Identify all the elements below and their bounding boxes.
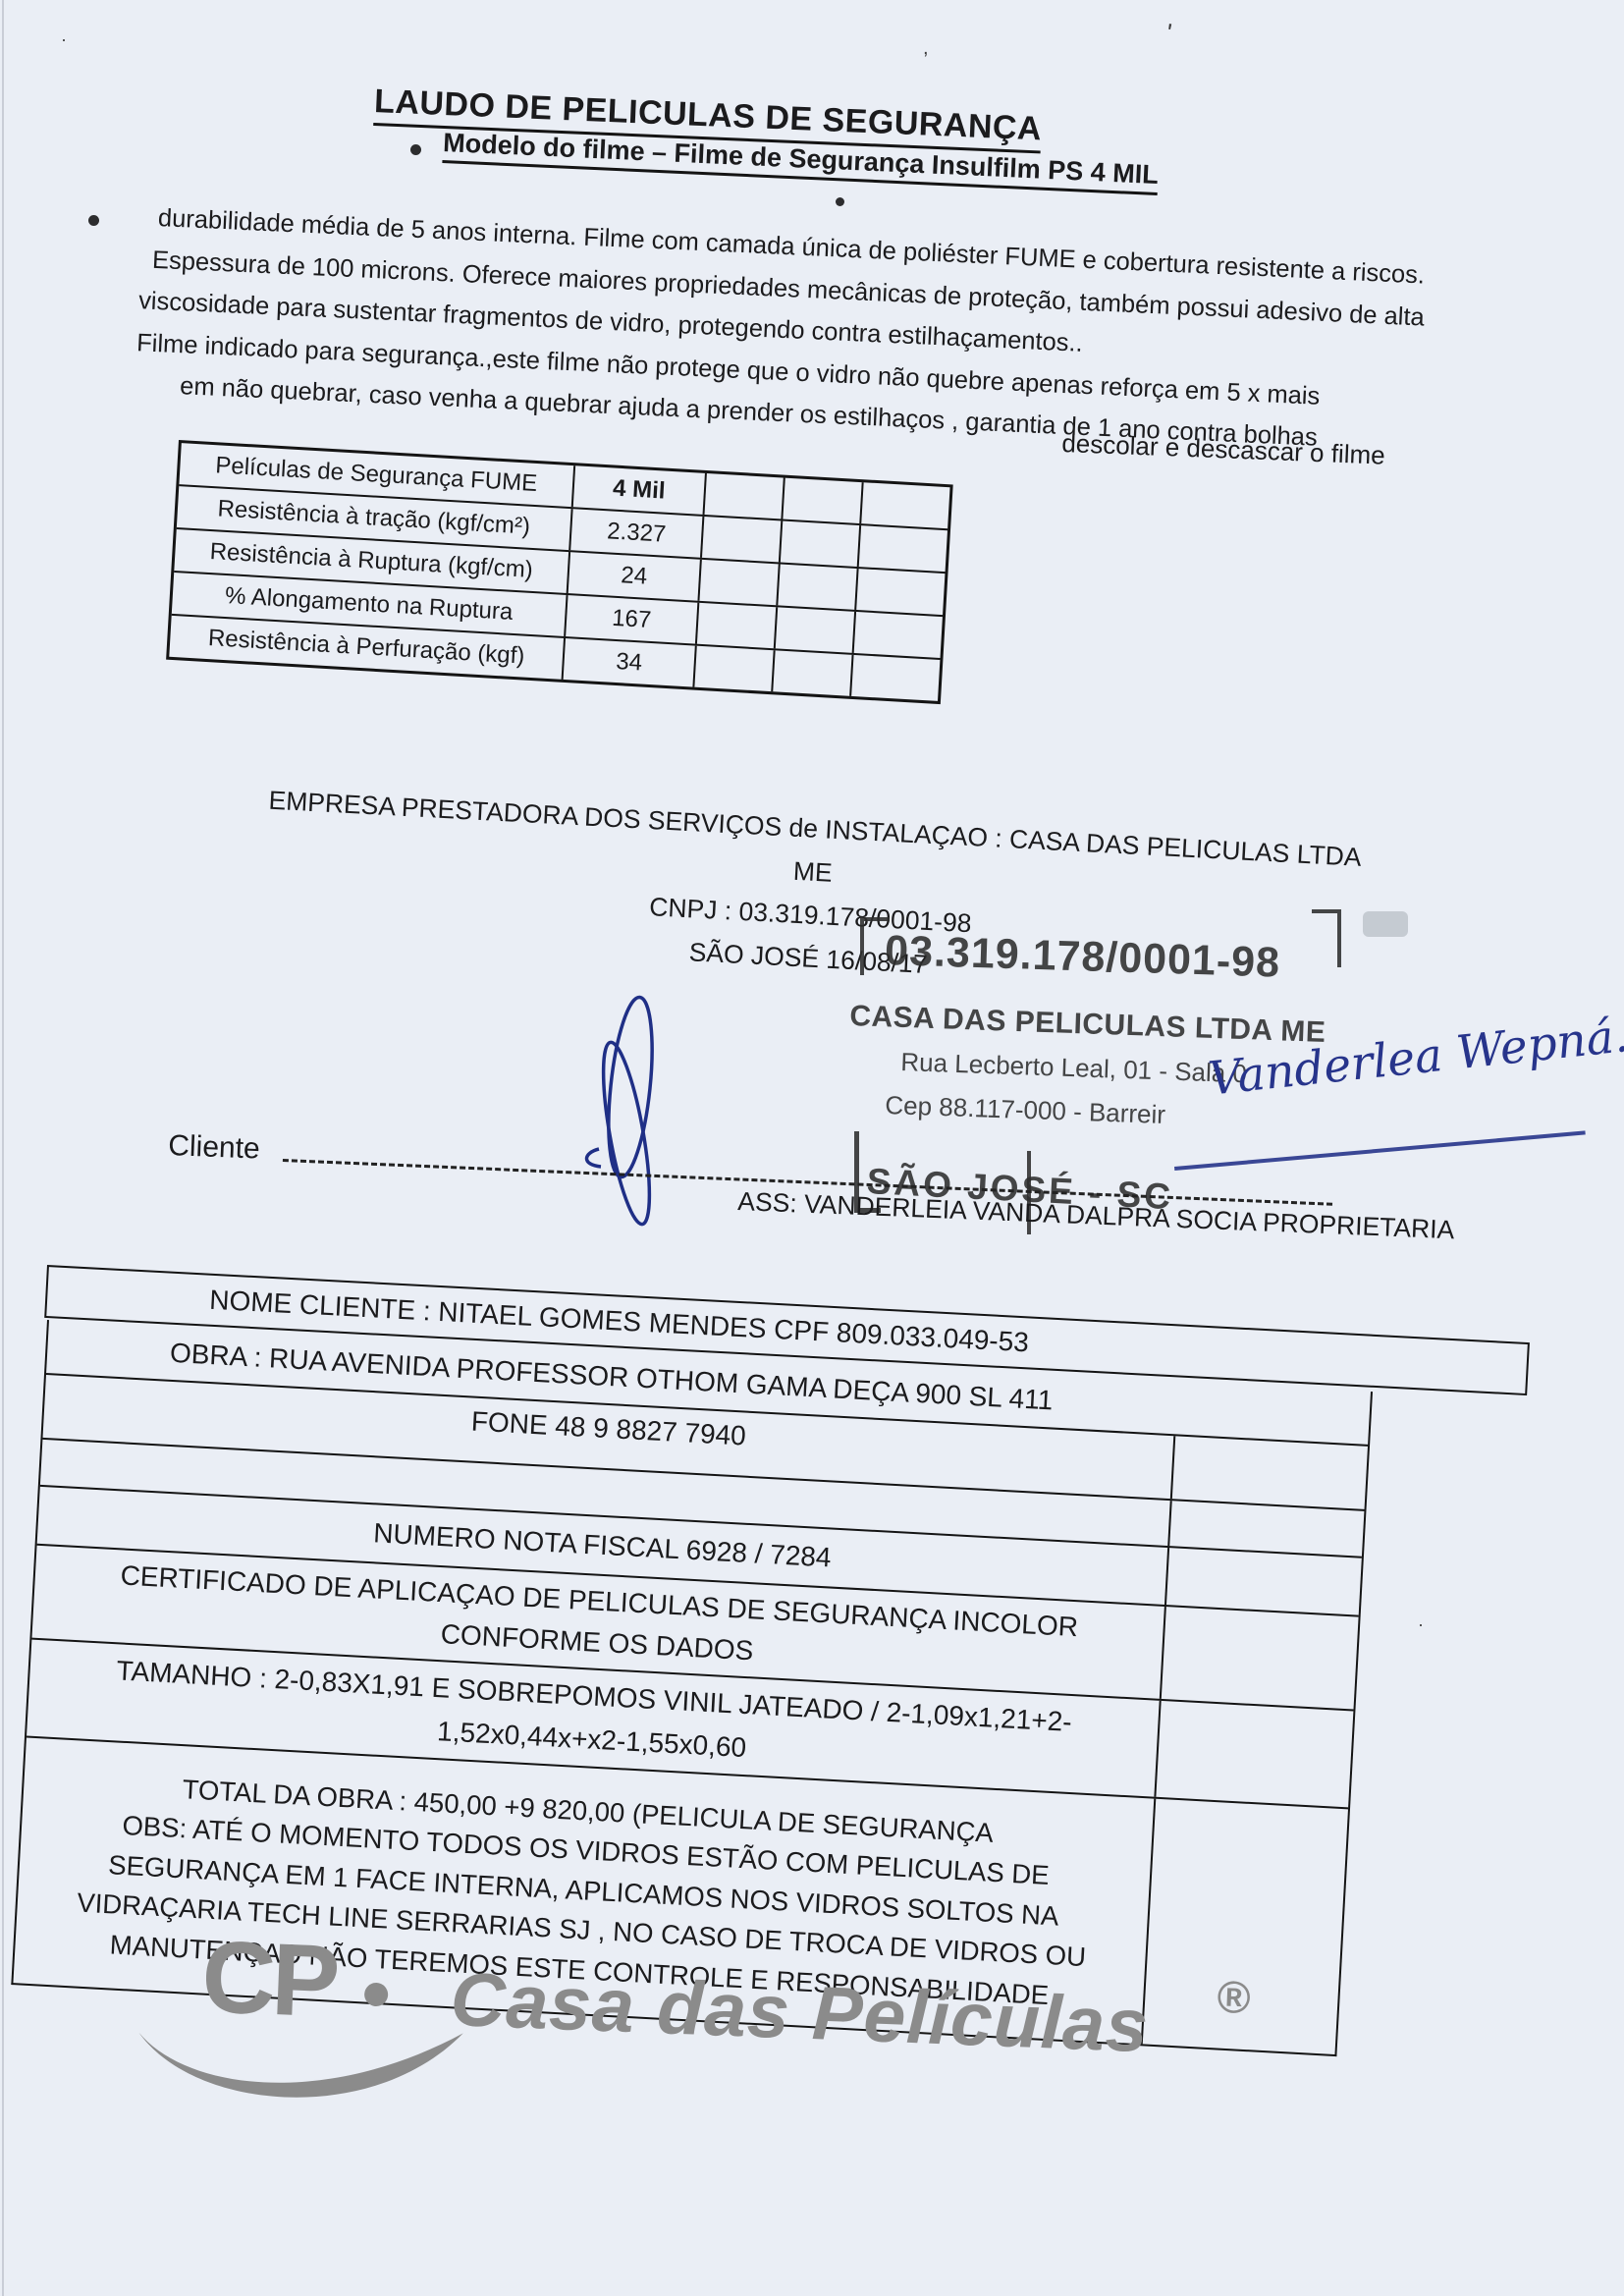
- spec-empty-cell: [854, 612, 933, 657]
- spec-empty-cell: [861, 482, 940, 527]
- scan-speck: ·: [1418, 1614, 1424, 1635]
- signature-underline: [1174, 1130, 1586, 1171]
- client-signature-loops: [569, 994, 687, 1230]
- empty-cell: [1154, 1701, 1353, 1808]
- empty-cell: [1170, 1436, 1368, 1509]
- stamp-smudge: [1363, 911, 1408, 937]
- spec-value: 167: [566, 595, 699, 644]
- logo-dot-icon: [364, 1983, 389, 2007]
- spec-empty-cell: [699, 560, 780, 606]
- bullet-icon: [836, 197, 844, 206]
- empty-cell: [1167, 1501, 1364, 1557]
- empty-cell: [1164, 1548, 1362, 1615]
- scan-speck: ,: [923, 37, 929, 60]
- stamp-bracket-icon: [1312, 909, 1341, 967]
- spec-value: 34: [564, 638, 697, 687]
- spec-empty-cell: [778, 564, 858, 610]
- spec-empty-cell: [856, 569, 935, 614]
- spec-empty-cell: [773, 650, 853, 696]
- spec-value: 24: [568, 552, 702, 601]
- spec-value: 4 Mil: [573, 465, 707, 515]
- spec-empty-cell: [851, 655, 930, 700]
- scan-speck: ·: [61, 29, 67, 50]
- spec-empty-cell: [702, 517, 783, 563]
- spec-value: 2.327: [570, 509, 704, 558]
- scan-edge-line: [2, 0, 4, 2296]
- empty-cell: [1160, 1607, 1359, 1710]
- scan-speck: ': [1164, 18, 1173, 48]
- stamp-company: CASA DAS PELICULAS LTDA ME: [849, 1000, 1326, 1050]
- spec-empty-cell: [859, 525, 938, 571]
- logo-swoosh-icon: [126, 2010, 483, 2122]
- intro-paragraph: durabilidade média de 5 anos interna. Fi…: [128, 196, 1579, 470]
- spec-empty-cell: [705, 473, 785, 519]
- stamp-address-line2: Cep 88.117-000 - Barreir: [885, 1090, 1166, 1130]
- cliente-label: Cliente: [168, 1129, 261, 1167]
- registered-trademark-icon: ®: [1217, 1970, 1252, 2024]
- logo-company-name: Casa das Películas: [449, 1956, 1150, 2070]
- spec-empty-cell: [694, 646, 775, 692]
- spec-empty-cell: [781, 521, 861, 568]
- bullet-icon: [88, 215, 99, 226]
- spec-empty-cell: [697, 603, 778, 649]
- stamp-address-line1: Rua Lecberto Leal, 01 - Sala 0: [900, 1047, 1248, 1089]
- spec-empty-cell: [776, 607, 856, 653]
- bullet-icon: [410, 144, 421, 155]
- empty-cell: [1173, 1381, 1371, 1445]
- film-spec-table: Películas de Segurança FUME 4 Mil Resist…: [166, 440, 953, 704]
- document-page: ' , · · LAUDO DE PELICULAS DE SEGURANÇA …: [0, 0, 1624, 2296]
- spec-empty-cell: [783, 478, 863, 524]
